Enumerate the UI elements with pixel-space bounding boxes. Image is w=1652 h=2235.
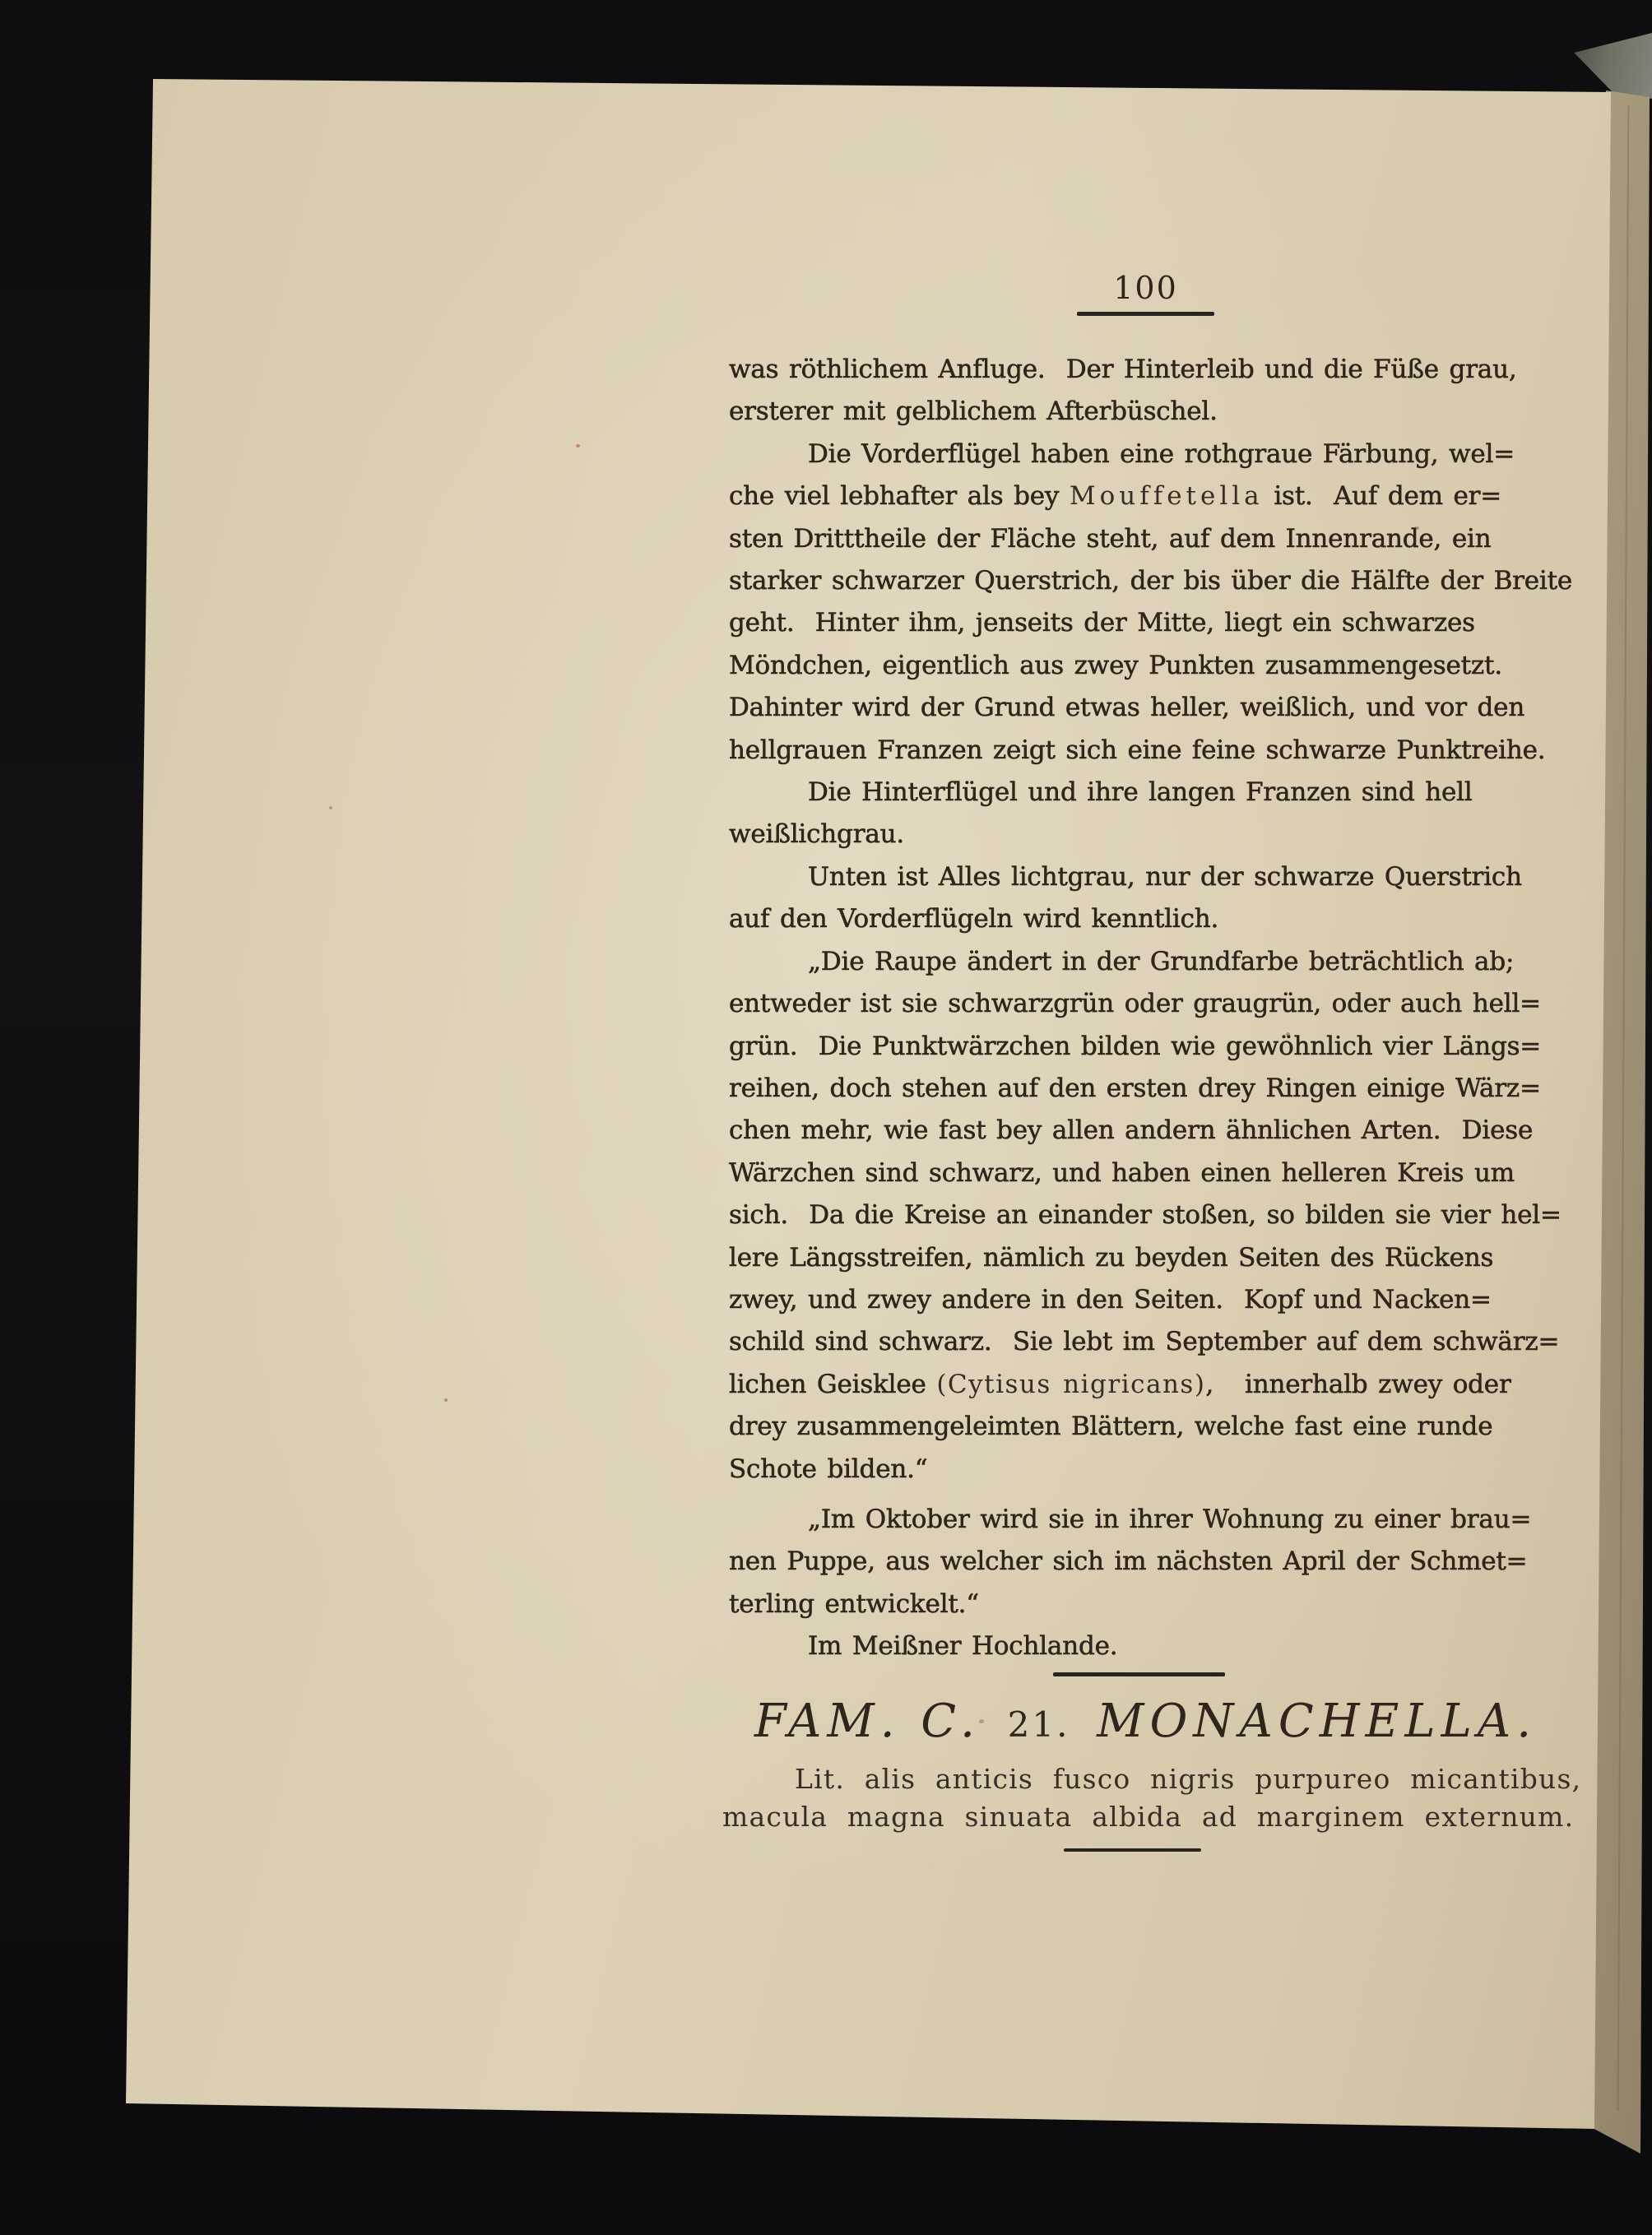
latin-line: Lit. alis anticis fusco nigris purpureo … <box>722 1760 1537 1798</box>
end-rule <box>1064 1848 1201 1852</box>
text-line: sich. Da die Kreise an einander stoßen, … <box>729 1194 1564 1236</box>
text-line: terling entwickelt.“ <box>729 1584 1564 1625</box>
page-number: 100 <box>728 270 1563 306</box>
latin-line: macula magna sinuata albida ad marginem … <box>722 1798 1537 1836</box>
text-segment: auf den Vorderflügeln wird kenntlich. <box>729 904 1218 934</box>
text-segment: nen Puppe, aus welcher sich im nächsten … <box>729 1546 1527 1576</box>
text-segment: drey zusammengeleimten Blättern, welche … <box>729 1412 1492 1441</box>
text-segment: grün. Die Punktwärzchen bilden wie gewöh… <box>729 1032 1541 1061</box>
text-segment: schild sind schwarz. Sie lebt im Septemb… <box>729 1327 1559 1356</box>
scanned-page: 100 was röthlichem Anfluge. Der Hinterle… <box>0 0 1652 2235</box>
text-line: „Die Raupe ändert in der Grundfarbe betr… <box>729 941 1564 983</box>
text-line: Möndchen, eigentlich aus zwey Punkten zu… <box>729 645 1564 687</box>
text-line: schild sind schwarz. Sie lebt im Septemb… <box>729 1321 1564 1363</box>
text-line: lichen Geisklee (Cytisus nigricans), inn… <box>729 1364 1564 1406</box>
text-line: Im Meißner Hochlande. <box>729 1625 1564 1667</box>
text-line: Dahinter wird der Grund etwas heller, we… <box>729 687 1564 729</box>
text-line: nen Puppe, aus welcher sich im nächsten … <box>729 1541 1564 1583</box>
text-line: zwey, und zwey andere in den Seiten. Kop… <box>729 1279 1564 1321</box>
body-text: was röthlichem Anfluge. Der Hinterleib u… <box>729 349 1564 1668</box>
text-line: Wärzchen sind schwarz, und haben einen h… <box>729 1152 1564 1194</box>
text-segment: zwey, und zwey andere in den Seiten. Kop… <box>729 1285 1492 1315</box>
text-line: che viel lebhafter als bey Mouffetella i… <box>729 475 1564 517</box>
section-heading: FAM. C. 21. MONACHELLA. <box>728 1695 1563 1748</box>
text-segment: Möndchen, eigentlich aus zwey Punkten zu… <box>729 651 1502 680</box>
species-name: MONACHELLA. <box>1097 1695 1537 1748</box>
latin-diagnosis: Lit. alis anticis fusco nigris purpureo … <box>722 1760 1537 1836</box>
text-segment: ersterer mit gelblichem Afterbüschel. <box>729 396 1218 426</box>
text-segment: Im Meißner Hochlande. <box>808 1631 1117 1661</box>
text-segment: hellgrauen Franzen zeigt sich eine feine… <box>729 735 1545 765</box>
text-segment: Dahinter wird der Grund etwas heller, we… <box>729 693 1524 722</box>
text-line: drey zusammengeleimten Blättern, welche … <box>729 1406 1564 1448</box>
text-line: hellgrauen Franzen zeigt sich eine feine… <box>729 730 1564 772</box>
text-line: chen mehr, wie fast bey allen andern ähn… <box>729 1110 1564 1152</box>
paper-speck <box>444 1398 448 1402</box>
text-line: Die Vorderflügel haben eine rothgraue Fä… <box>729 434 1564 475</box>
text-line: starker schwarzer Querstrich, der bis üb… <box>729 560 1564 602</box>
text-line: entweder ist sie schwarzgrün oder graugr… <box>729 983 1564 1025</box>
text-line: reihen, doch stehen auf den ersten drey … <box>729 1068 1564 1110</box>
text-segment: Wärzchen sind schwarz, und haben einen h… <box>729 1158 1515 1188</box>
text-segment: entweder ist sie schwarzgrün oder graugr… <box>729 989 1541 1018</box>
text-segment: Unten ist Alles lichtgrau, nur der schwa… <box>808 862 1522 892</box>
text-line: grün. Die Punktwärzchen bilden wie gewöh… <box>729 1026 1564 1068</box>
text-line: Schote bilden.“ <box>729 1449 1564 1491</box>
text-line: was röthlichem Anfluge. Der Hinterleib u… <box>729 349 1564 391</box>
text-segment: geht. Hinter ihm, jenseits der Mitte, li… <box>729 608 1475 638</box>
text-segment: was röthlichem Anfluge. Der Hinterleib u… <box>729 355 1517 384</box>
text-line: weißlichgrau. <box>729 814 1564 856</box>
text-segment: reihen, doch stehen auf den ersten drey … <box>729 1073 1541 1103</box>
page-header: 100 <box>728 270 1563 316</box>
text-line: geht. Hinter ihm, jenseits der Mitte, li… <box>729 602 1564 644</box>
text-line: „Im Oktober wird sie in ihrer Wohnung zu… <box>729 1499 1564 1541</box>
text-segment: sten Dritttheile der Fläche steht, auf d… <box>729 524 1491 554</box>
text-segment: chen mehr, wie fast bey allen andern ähn… <box>729 1115 1533 1145</box>
page-number-rule <box>1077 312 1214 316</box>
text-segment: terling entwickelt.“ <box>729 1589 979 1619</box>
paper-speck <box>329 806 332 809</box>
text-segment: , innerhalb zwey oder <box>1205 1370 1510 1399</box>
text-segment: Die Vorderflügel haben eine rothgraue Fä… <box>808 439 1515 469</box>
text-line: Unten ist Alles lichtgrau, nur der schwa… <box>729 856 1564 898</box>
species-number: 21. <box>981 1704 1097 1745</box>
text-line: lere Längsstreifen, nämlich zu beyden Se… <box>729 1237 1564 1279</box>
text-segment: Mouffetella <box>1070 481 1264 511</box>
text-segment: (Cytisus nigricans) <box>936 1370 1205 1399</box>
text-segment: „Im Oktober wird sie in ihrer Wohnung zu… <box>808 1505 1531 1534</box>
text-segment: sich. Da die Kreise an einander stoßen, … <box>729 1200 1562 1230</box>
text-segment: „Die Raupe ändert in der Grundfarbe betr… <box>808 947 1514 976</box>
text-line: ersterer mit gelblichem Afterbüschel. <box>729 391 1564 433</box>
text-segment: Die Hinterflügel und ihre langen Franzen… <box>808 777 1473 807</box>
family-label: FAM. C. <box>754 1695 981 1748</box>
paper-speck <box>576 444 580 447</box>
text-line: sten Dritttheile der Fläche steht, auf d… <box>729 518 1564 560</box>
text-segment: weißlichgrau. <box>729 819 904 849</box>
section-divider-rule <box>1053 1672 1225 1676</box>
text-segment: starker schwarzer Querstrich, der bis üb… <box>729 566 1572 596</box>
text-segment: che viel lebhafter als bey <box>729 481 1070 511</box>
text-segment: Schote bilden.“ <box>729 1454 927 1484</box>
text-line: Die Hinterflügel und ihre langen Franzen… <box>729 772 1564 814</box>
text-segment: lere Längsstreifen, nämlich zu beyden Se… <box>729 1243 1493 1273</box>
text-segment: lichen Geisklee <box>729 1370 936 1399</box>
text-line: auf den Vorderflügeln wird kenntlich. <box>729 898 1564 940</box>
text-segment: ist. Auf dem er= <box>1264 481 1501 511</box>
